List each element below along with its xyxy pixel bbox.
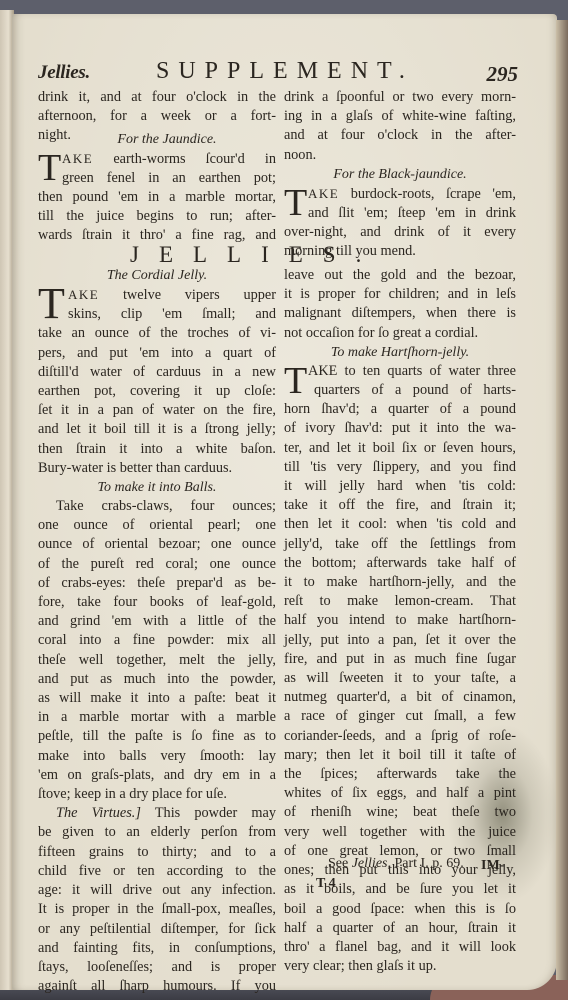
text-line: of rheniſh wine; beat theſe two	[284, 803, 516, 822]
page-fore-edge	[556, 20, 568, 980]
text-line: afternoon, for a week or a fort-	[38, 107, 276, 126]
text-line: It is proper in the ſmall-pox, meaſles,	[38, 900, 276, 919]
drop-cap: T	[284, 186, 307, 220]
text-line: till 'tis very ſlippery, and you find	[284, 458, 516, 477]
text-line: half a quarter of an hour, ſtrain it	[284, 919, 516, 938]
text-line: be given to an elderly perſon from	[38, 823, 276, 842]
text-line: ſet it in a pan of water on the fire,	[38, 401, 276, 420]
text-line: fifteen grains to thirty; and to a	[38, 843, 276, 862]
heading-balls: To make it into Balls.	[38, 478, 276, 497]
text-line: malignant diſtempers, when there is	[284, 304, 516, 323]
text-line: very clear; then glaſs it up.	[284, 957, 516, 976]
text-line: nutmeg quarter'd, a bit of cinamon,	[284, 688, 516, 707]
first-word: AKE	[308, 186, 339, 201]
text-line: Bury-water is better than carduus.	[38, 459, 276, 478]
text-line: ter, and let it boil ſix or ſeven hours,	[284, 439, 516, 458]
text-line: or any peſtilential diſtemper, for ſick	[38, 920, 276, 939]
text-line: Take crabs-claws, four ounces;	[38, 497, 276, 516]
text-line: and let it boil till it is a ſtrong jell…	[38, 420, 276, 439]
text-line: earth-worms ſcour'd in	[113, 151, 276, 167]
top-left-block: drink it, and at four o'clock in the aft…	[38, 88, 276, 246]
text-line: green fenel in an earthen pot;	[38, 169, 276, 188]
text-line: then let it cool: when 'tis cold and	[284, 515, 516, 534]
recipe-jaundice: T AKE earth-worms ſcour'd in green fenel…	[38, 149, 276, 246]
text-line: jelly, put into a pan, ſet it over the	[284, 631, 516, 650]
text-line: till the juice begins to run; after-	[38, 207, 276, 226]
text-line: then pound 'em in a marble mortar,	[38, 188, 276, 207]
text-line: of crabs-eyes: theſe prepar'd as be-	[38, 574, 276, 593]
virtues-paragraph: The Virtues.] This powder may be given t…	[38, 804, 276, 996]
text-line: age: it will drive out any infection.	[38, 881, 276, 900]
text-line: of the pureſt red coral; one ounce	[38, 555, 276, 574]
text-line: not occaſion for ſo great a cordial.	[284, 324, 516, 343]
text-line: and ſlit 'em; ſteep 'em in drink	[284, 204, 516, 223]
text-line: and grind 'em with a little of the	[38, 612, 276, 631]
text-line: drink it, and at four o'clock in the	[38, 88, 276, 107]
section-title: JELLIES.	[130, 242, 450, 268]
text-line: ing in a glaſs of white-wine faſting,	[284, 107, 516, 126]
heading-jaundice: For the Jaundice.	[38, 130, 276, 149]
text-line: a race of ginger cut ſmall, a few	[284, 707, 516, 726]
text-line: in a marble mortar with a marble	[38, 708, 276, 727]
drop-cap: T	[38, 151, 61, 185]
text-line: quarters of a pound of harts-	[284, 381, 516, 400]
running-head-title: SUPPLEMENT.	[156, 58, 414, 85]
text-line: take it off the fire, and ſtrain it;	[284, 496, 516, 515]
text-line: half you intend to make hartſhorn-	[284, 611, 516, 630]
text-line: the bottom; afterwards take half of	[284, 554, 516, 573]
text-line: it to make hartſhorn-jelly, and the	[284, 573, 516, 592]
text-line: it is proper for children; and in leſs	[284, 285, 516, 304]
running-head-section: Jellies.	[38, 62, 90, 84]
see-prefix: See	[328, 856, 352, 871]
text-line: horn ſhav'd; a quarter of a pound	[284, 400, 516, 419]
catchword: IM-	[481, 858, 504, 874]
text-line: ſtove; keep in a dry place for uſe.	[38, 785, 276, 804]
see-suffix: Part I. p. 69.	[391, 856, 464, 871]
text-line: jelly'd, take off the ſettlings from	[284, 535, 516, 554]
text-line: child five or ten according to the	[38, 862, 276, 881]
text-line: one ounce of oriental pearl; one	[38, 516, 276, 535]
text-line: thro' a flanel bag, and it will look	[284, 938, 516, 957]
text-line: fore, take four books of leaf-gold,	[38, 593, 276, 612]
text-line: againſt all ſharp humours. If you	[38, 977, 276, 996]
text-line: over-night, and drink of it every	[284, 223, 516, 242]
text-line: fire, and put in as much fine ſugar	[284, 650, 516, 669]
text-line: noon.	[284, 146, 516, 165]
text-line: twelve vipers upper	[123, 287, 276, 303]
first-word: AKE	[62, 151, 93, 166]
text-line: drink a ſpoonful or two every morn-	[284, 88, 516, 107]
see-title: Jellies,	[352, 856, 391, 871]
text-line: earthen pot, covering it up cloſe:	[38, 382, 276, 401]
text-line: and at four o'clock in the after-	[284, 126, 516, 145]
cross-reference: See Jellies, Part I. p. 69.	[328, 856, 464, 872]
text-line: very well together with the juice	[284, 823, 516, 842]
text-line: skins, clip 'em ſmall; and	[38, 305, 276, 324]
text-line: and fainting fits, in conſumptions,	[38, 939, 276, 958]
text-line: of ivory ſhav'd: put it into the wa-	[284, 419, 516, 438]
text-line: coriander-ſeeds, and a ſprig of roſe-	[284, 727, 516, 746]
text-line: boil a good ſpace: when this is ſo	[284, 900, 516, 919]
recipe-balls: Take crabs-claws, four ounces; one ounce…	[38, 497, 276, 804]
text-line: ſtays, looſeneſſes; and is proper	[38, 958, 276, 977]
text-line: as will ſweeten it to your taſte, a	[284, 669, 516, 688]
text-line: ounce of oriental bezoar; one ounce	[38, 535, 276, 554]
text-line: and put as much into the powder,	[38, 670, 276, 689]
text-line: as will make it into a paſte: beat it	[38, 689, 276, 708]
heading-cordial-jelly: The Cordial Jelly.	[38, 266, 276, 285]
text-line: burdock-roots, ſcrape 'em,	[351, 186, 516, 202]
drop-cap: T	[38, 287, 65, 321]
text-line: peſtle, till the paſte is ſo fine as to	[38, 727, 276, 746]
drop-cap: T	[284, 364, 307, 398]
text-line: coral into a fine powder: mix all	[38, 631, 276, 650]
text-line: mary; then let it boil till it taſte of	[284, 746, 516, 765]
virtues-label: The Virtues.]	[56, 805, 141, 821]
first-word: AKE	[68, 287, 99, 302]
text-line: it will jelly hard when 'tis cold:	[284, 477, 516, 496]
heading-black-jaundice: For the Black-jaundice.	[284, 165, 516, 184]
text-line: take an ounce of the troches of vi-	[38, 324, 276, 343]
top-right-block: drink a ſpoonful or two every morn- ing …	[284, 88, 516, 262]
page-number: 295	[487, 62, 519, 87]
signature-mark: T 4	[316, 876, 336, 892]
text-line: reſt to make lemon-cream. That	[284, 592, 516, 611]
text-line: AKE to ten quarts of water three	[284, 362, 516, 381]
text-line: whites of ſix eggs, and half a pint	[284, 784, 516, 803]
text-line: make into balls very ſmooth: lay	[38, 747, 276, 766]
text-line: theſe well together, melt the jelly,	[38, 651, 276, 670]
cordial-jelly-continuation: leave out the gold and the bezoar, it is…	[284, 266, 516, 343]
heading-hartshorn-jelly: To make Hartſhorn-jelly.	[284, 343, 516, 362]
recipe-cordial-jelly: T AKE twelve vipers upper skins, clip 'e…	[38, 285, 276, 478]
text-line: pers, and put 'em into a quart of	[38, 344, 276, 363]
left-column: The Cordial Jelly. T AKE twelve vipers u…	[38, 266, 276, 996]
text-line: then ſtrain it into a white baſon.	[38, 440, 276, 459]
text-line: diſtill'd water of carduus in a new	[38, 363, 276, 382]
text-line: leave out the gold and the bezoar,	[284, 266, 516, 285]
text-line: This powder may	[155, 805, 276, 821]
text-line: the ſpices; afterwards take the	[284, 765, 516, 784]
text-line: 'em on graſs-plats, and dry em in a	[38, 766, 276, 785]
